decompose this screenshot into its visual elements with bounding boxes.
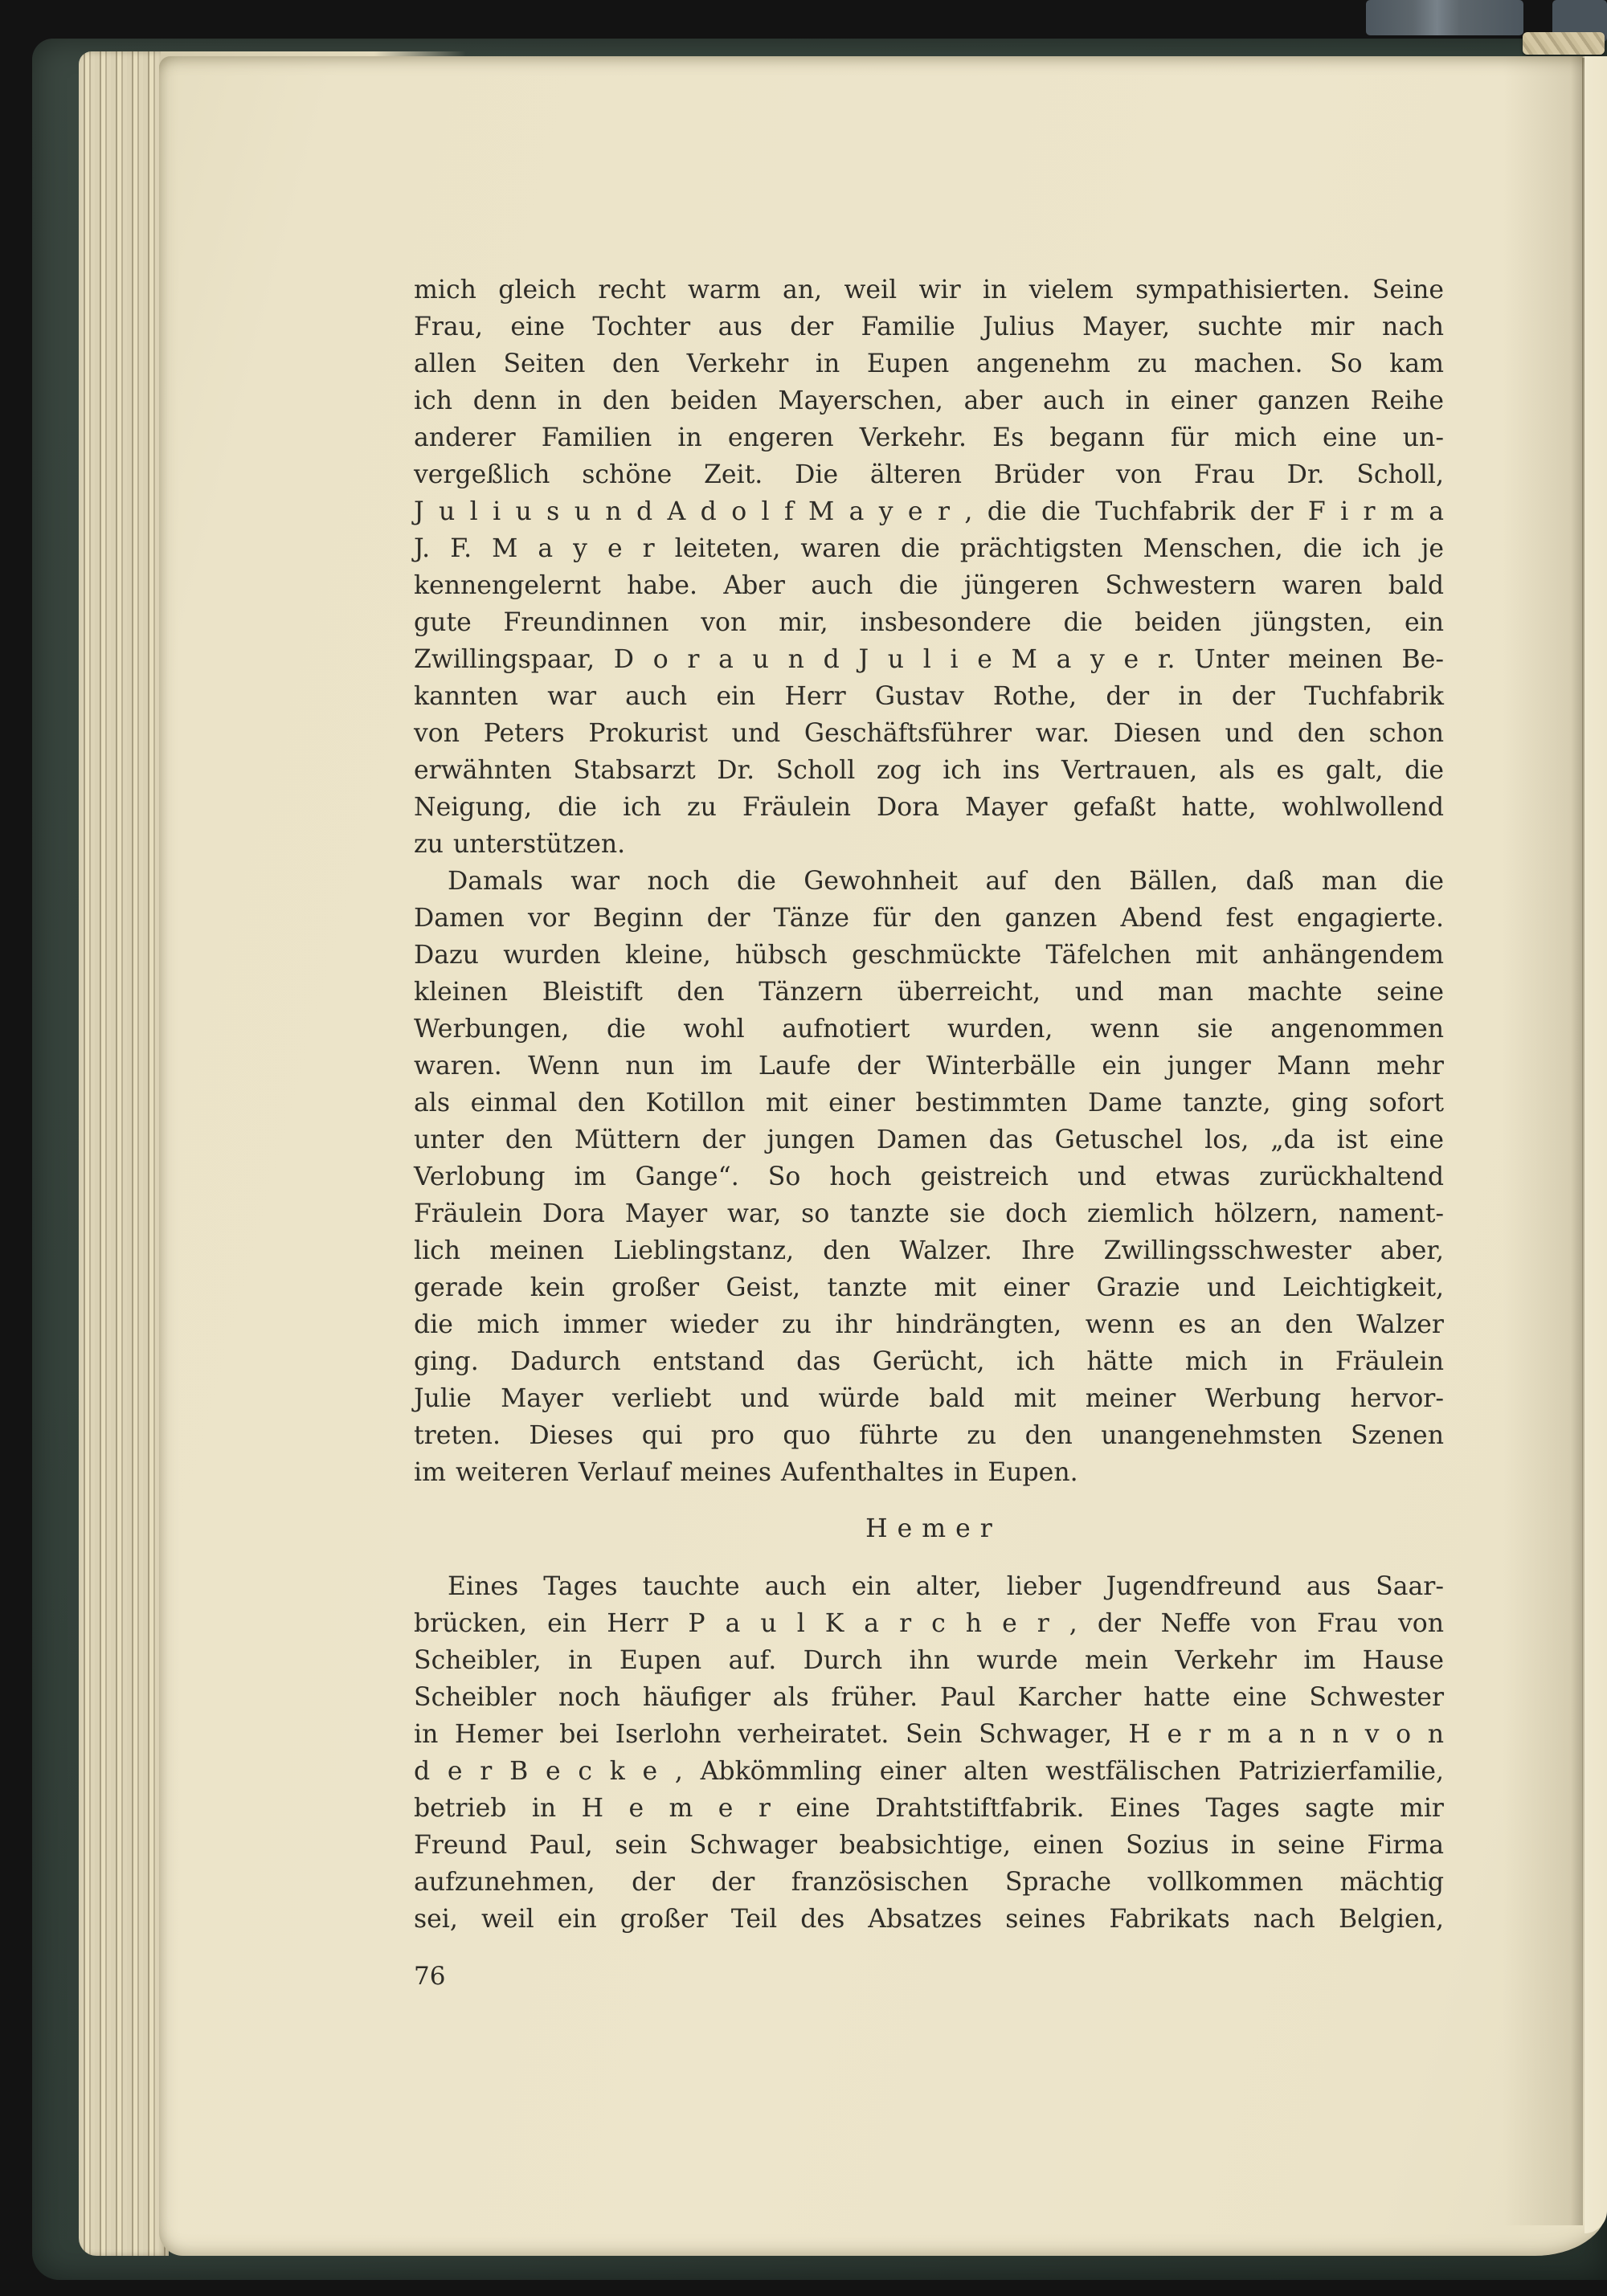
text-line: Werbungen, die wohl aufnotiert wurden, w…	[414, 1011, 1444, 1048]
text-line: Scheibler noch häufiger als früher. Paul…	[414, 1679, 1444, 1716]
text-line: d e r B e c k e , Abkömmling einer alten…	[414, 1753, 1444, 1790]
text-line: Damen vor Beginn der Tänze für den ganze…	[414, 900, 1444, 937]
text-line: Neigung, die ich zu Fräulein Dora Mayer …	[414, 789, 1444, 826]
text-line: aufzunehmen, der der französischen Sprac…	[414, 1864, 1444, 1901]
text-line: Julie Mayer verliebt und würde bald mit …	[414, 1380, 1444, 1417]
text-line: kannten war auch ein Herr Gustav Rothe, …	[414, 678, 1444, 715]
text-line: sei, weil ein großer Teil des Absatzes s…	[414, 1901, 1444, 1938]
text-line: von Peters Prokurist und Geschäftsführer…	[414, 715, 1444, 752]
text-line: J. F. M a y e r leiteten, waren die präc…	[414, 530, 1444, 567]
text-line: vergeßlich schöne Zeit. Die älteren Brüd…	[414, 456, 1444, 493]
text-line: im weiteren Verlauf meines Aufenthaltes …	[414, 1454, 1444, 1491]
text-line: Eines Tages tauchte auch ein alter, lieb…	[414, 1568, 1444, 1605]
text-line: Dazu wurden kleine, hübsch geschmückte T…	[414, 937, 1444, 974]
book-photo: mich gleich recht warm an, weil wir in v…	[0, 0, 1607, 2296]
text-line: mich gleich recht warm an, weil wir in v…	[414, 272, 1444, 308]
text-line: Freund Paul, sein Schwager beabsichtige,…	[414, 1827, 1444, 1864]
text-block: mich gleich recht warm an, weil wir in v…	[414, 272, 1444, 1938]
text-line: lich meinen Lieblingstanz, den Walzer. I…	[414, 1232, 1444, 1269]
text-line: Fräulein Dora Mayer war, so tanzte sie d…	[414, 1195, 1444, 1232]
text-line: Damals war noch die Gewohnheit auf den B…	[414, 863, 1444, 900]
page-number: 76	[414, 1962, 445, 1991]
text-line: kennengelernt habe. Aber auch die jünger…	[414, 567, 1444, 604]
page-edge-stack	[79, 51, 169, 2256]
text-line: als einmal den Kotillon mit einer bestim…	[414, 1085, 1444, 1121]
text-line: allen Seiten den Verkehr in Eupen angene…	[414, 345, 1444, 382]
text-line: gute Freundinnen von mir, insbesondere d…	[414, 604, 1444, 641]
text-line: zu unterstützen.	[414, 826, 1444, 863]
text-line: Verlobung im Gange“. So hoch geistreich …	[414, 1158, 1444, 1195]
text-line: die mich immer wieder zu ihr hindrängten…	[414, 1306, 1444, 1343]
text-line: Zwillingspaar, D o r a u n d J u l i e M…	[414, 641, 1444, 678]
gutter-shadow	[1503, 56, 1583, 2225]
text-line: betrieb in H e m e r eine Drahtstiftfabr…	[414, 1790, 1444, 1827]
text-line: waren. Wenn nun im Laufe der Winterbälle…	[414, 1048, 1444, 1085]
text-line: unter den Müttern der jungen Damen das G…	[414, 1121, 1444, 1158]
text-line: treten. Dieses qui pro quo führte zu den…	[414, 1417, 1444, 1454]
text-line: ging. Dadurch entstand das Gerücht, ich …	[414, 1343, 1444, 1380]
text-line: Scheibler, in Eupen auf. Durch ihn wurde…	[414, 1642, 1444, 1679]
section-heading: H e m e r	[414, 1510, 1444, 1547]
text-line: ich denn in den beiden Mayerschen, aber …	[414, 382, 1444, 419]
headband-stitching	[1523, 32, 1605, 55]
text-line: Frau, eine Tochter aus der Familie Juliu…	[414, 308, 1444, 345]
text-line: in Hemer bei Iserlohn verheiratet. Sein …	[414, 1716, 1444, 1753]
text-line: gerade kein großer Geist, tanzte mit ein…	[414, 1269, 1444, 1306]
text-line: anderer Familien in engeren Verkehr. Es …	[414, 419, 1444, 456]
text-line: J u l i u s u n d A d o l f M a y e r , …	[414, 493, 1444, 530]
spine-fabric-block	[1366, 0, 1523, 35]
text-line: brücken, ein Herr P a u l K a r c h e r …	[414, 1605, 1444, 1642]
text-line: kleinen Bleistift den Tänzern überreicht…	[414, 974, 1444, 1011]
text-line: erwähnten Stabsarzt Dr. Scholl zog ich i…	[414, 752, 1444, 789]
recto-page-sliver	[1585, 56, 1607, 2233]
